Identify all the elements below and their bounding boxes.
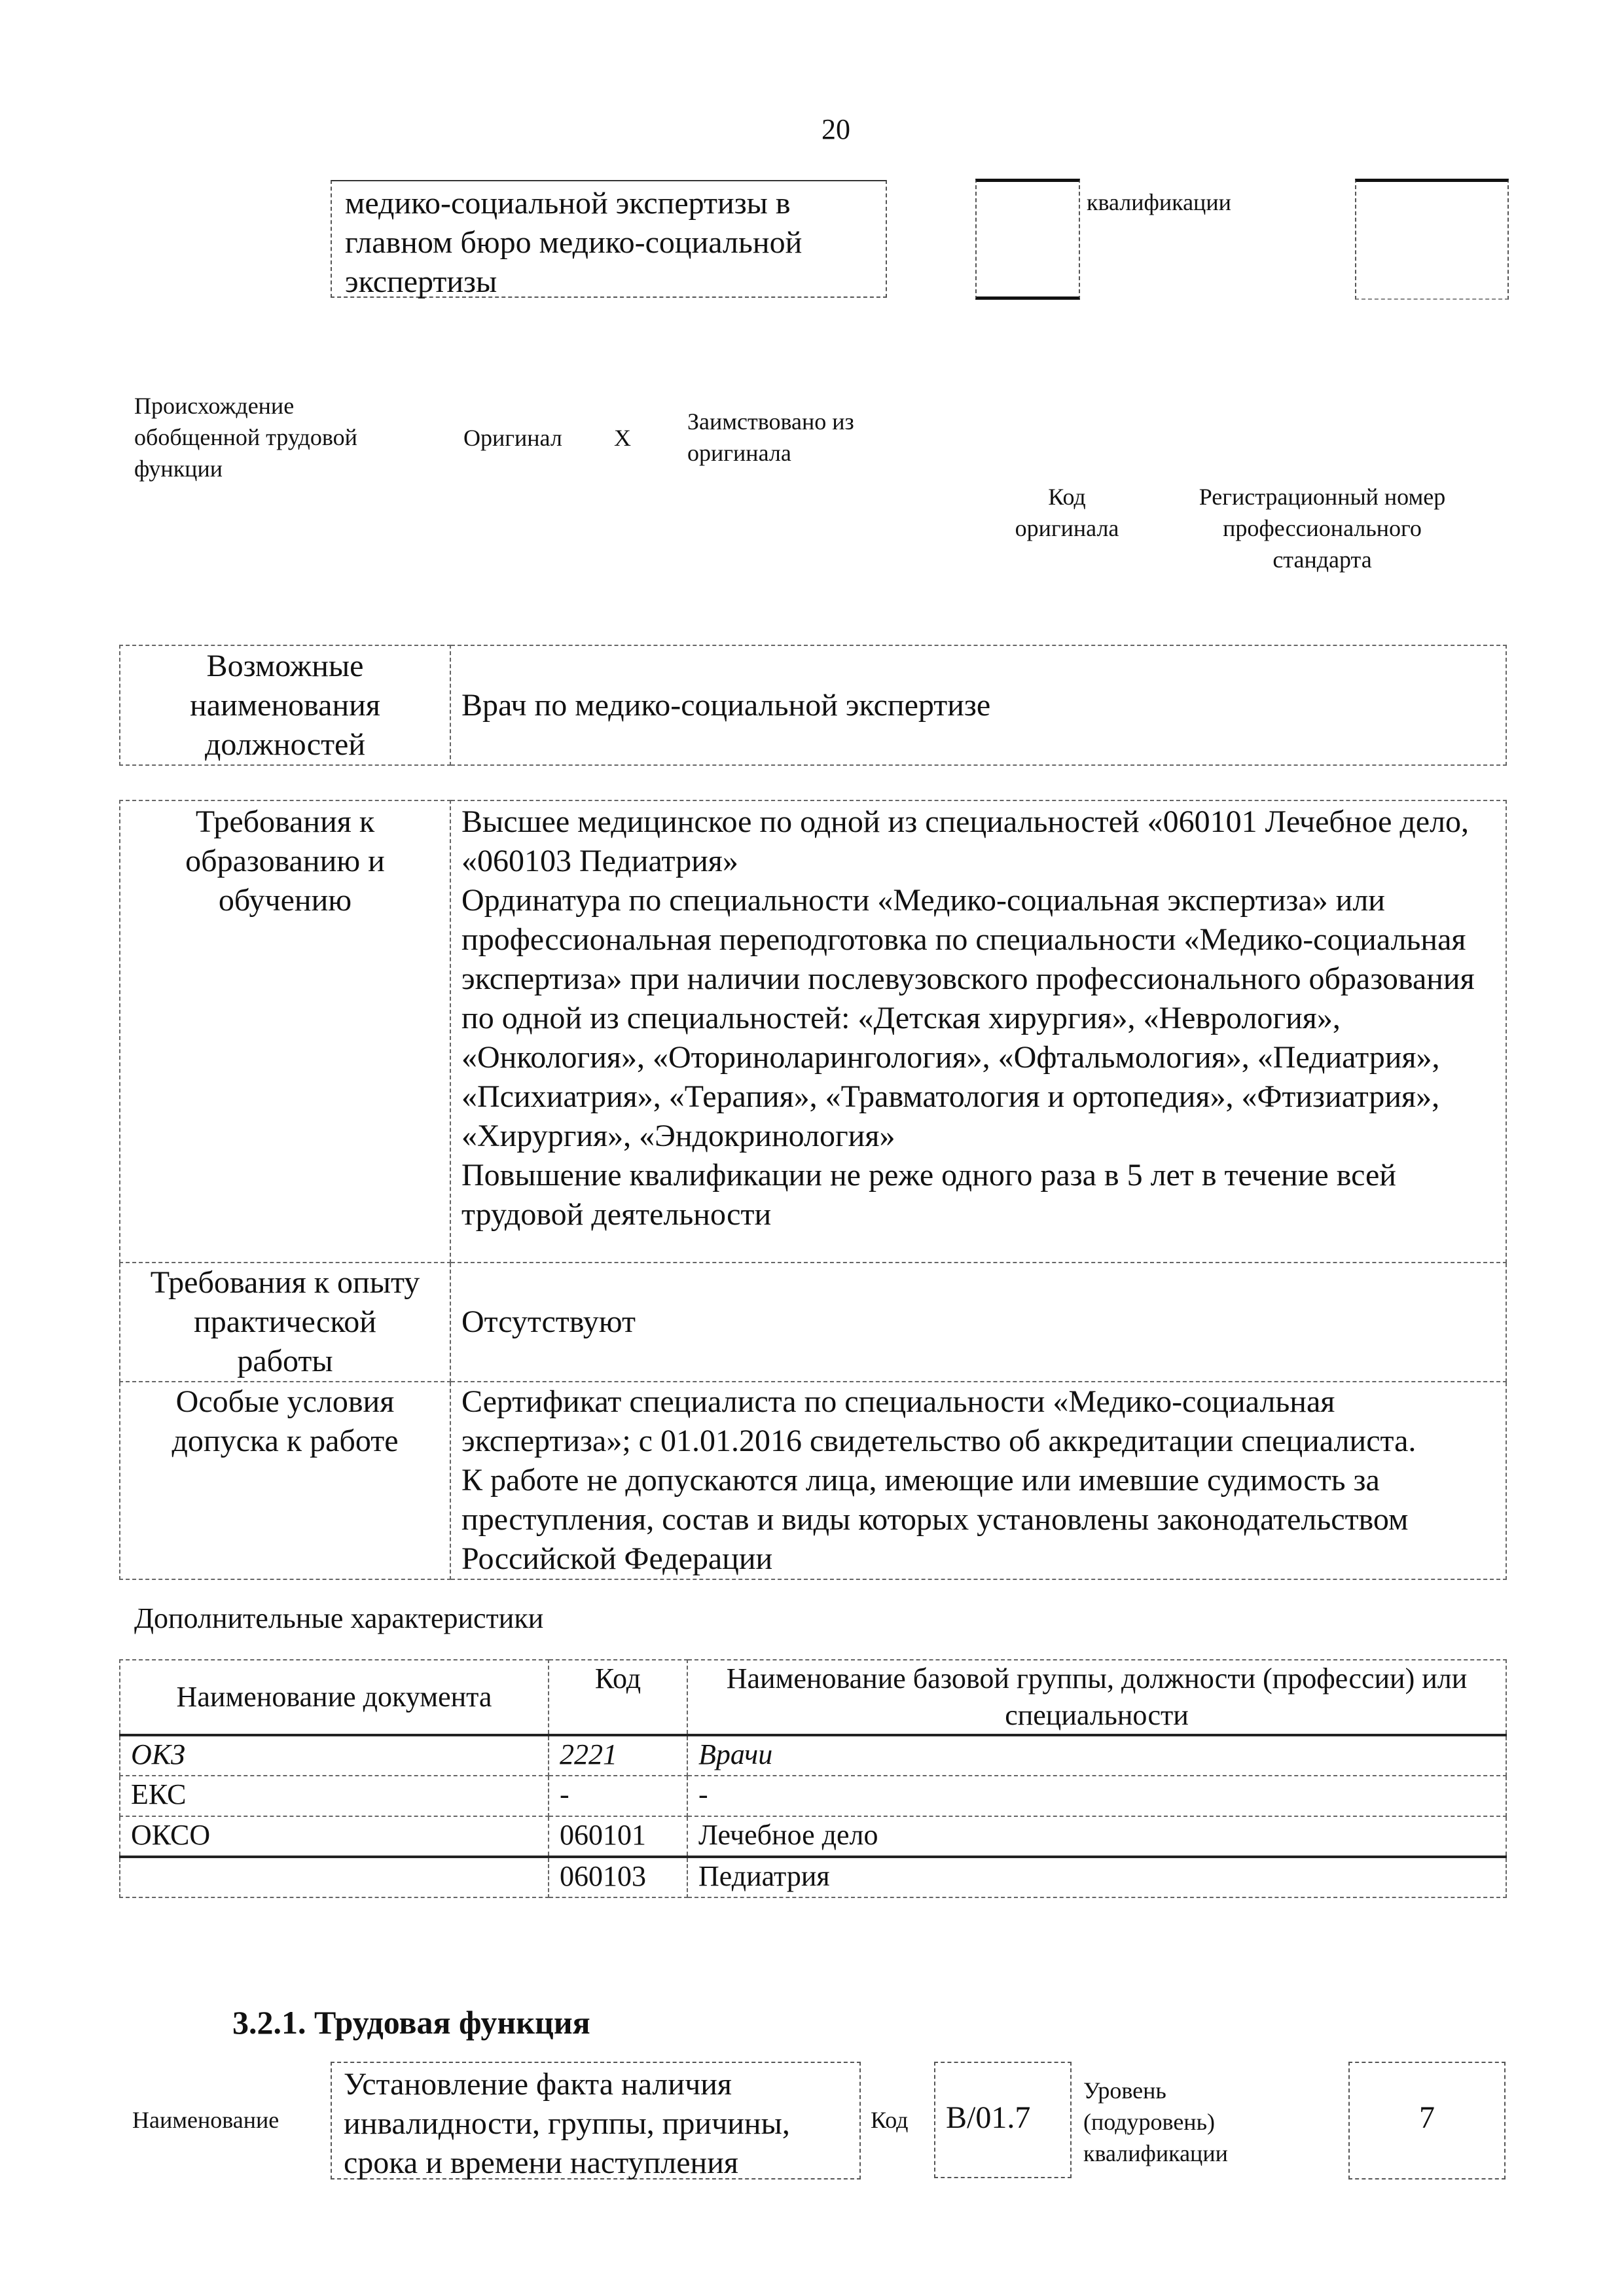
borrowed-label: Заимствовано из оригинала (687, 406, 854, 469)
requirement-value: Сертификат специалиста по специальности … (450, 1382, 1506, 1579)
requirement-value: Высшее медицинское по одной из специальн… (450, 800, 1506, 1263)
requirement-row-experience: Требования к опыту практической работы О… (120, 1263, 1506, 1382)
section-heading: 3.2.1. Трудовая функция (232, 2003, 590, 2042)
labor-function-name-line: инвалидности, группы, причины, (344, 2104, 790, 2144)
origin-label: Происхождение обобщенной трудовой функци… (134, 390, 357, 484)
requirement-paragraph: Повышение квалификации не реже одного ра… (461, 1156, 1495, 1234)
requirement-paragraph: К работе не допускаются лица, имеющие ил… (461, 1461, 1495, 1579)
qualification-level-label: Уровень (подуровень) квалификации (1083, 2075, 1228, 2169)
qualification-level-value: 7 (1350, 2098, 1504, 2138)
additional-title: Дополнительные характеристики (134, 1600, 543, 1637)
code-original-line: Код (982, 481, 1152, 512)
header-group-name: Наименование базовой группы, должности (… (687, 1660, 1506, 1735)
origin-label-line: функции (134, 453, 357, 484)
requirement-label-line: Требования к (131, 802, 439, 842)
positions-label: Возможные наименования должностей (120, 645, 450, 765)
table-row: ОКЗ 2221 Врачи (120, 1735, 1506, 1776)
positions-label-line: наименования (131, 686, 439, 725)
cell-document (120, 1857, 549, 1897)
requirement-label-line: работы (131, 1342, 439, 1381)
positions-value: Врач по медико-социальной экспертизе (450, 645, 1506, 765)
labor-function-code-box: B/01.7 (934, 2062, 1072, 2178)
requirement-label-line: образованию и (131, 842, 439, 881)
table-row: ЕКС - - (120, 1776, 1506, 1816)
page-number: 20 (821, 111, 850, 148)
requirements-table: Требования к образованию и обучению Высш… (119, 800, 1507, 1580)
level-label-line: квалификации (1083, 2138, 1228, 2169)
code-box (975, 179, 1080, 300)
additional-header-row: Наименование документа Код Наименование … (120, 1660, 1506, 1735)
qualification-level-box: 7 (1348, 2062, 1506, 2179)
requirement-row-special-conditions: Особые условия допуска к работе Сертифик… (120, 1382, 1506, 1579)
requirement-value: Отсутствуют (450, 1263, 1506, 1382)
labor-function-code: B/01.7 (946, 2098, 1030, 2138)
origin-label-line: Происхождение (134, 390, 357, 422)
requirement-paragraph: Сертификат специалиста по специальности … (461, 1382, 1495, 1461)
code-original-label: Код оригинала (982, 481, 1152, 544)
header-code: Код (549, 1660, 687, 1735)
cell-name: Лечебное дело (687, 1816, 1506, 1857)
code-original-line: оригинала (982, 512, 1152, 544)
requirement-label-line: обучению (131, 881, 439, 920)
name-line: медико-социальной экспертизы в (345, 184, 802, 223)
original-label: Оригинал (463, 422, 562, 454)
reg-number-line: профессионального (1172, 512, 1473, 544)
requirement-label-line: допуска к работе (131, 1422, 439, 1461)
reg-number-line: Регистрационный номер (1172, 481, 1473, 512)
cell-code: - (549, 1776, 687, 1816)
borrowed-label-line: Заимствовано из (687, 406, 854, 437)
cell-document: ОКСО (120, 1816, 549, 1857)
name-line: экспертизы (345, 262, 802, 302)
original-mark: X (614, 422, 631, 454)
cell-name: Педиатрия (687, 1857, 1506, 1897)
requirement-label: Особые условия допуска к работе (120, 1382, 450, 1579)
positions-table: Возможные наименования должностей Врач п… (119, 645, 1507, 766)
requirement-label: Требования к образованию и обучению (120, 800, 450, 1263)
reg-number-line: стандарта (1172, 544, 1473, 575)
cell-document: ЕКС (120, 1776, 549, 1816)
generalized-function-name-box: медико-социальной экспертизы в главном б… (331, 180, 887, 298)
borrowed-label-line: оригинала (687, 437, 854, 469)
cell-name: - (687, 1776, 1506, 1816)
table-row: ОКСО 060101 Лечебное дело (120, 1816, 1506, 1857)
qualification-level-label: квалификации (1087, 187, 1231, 218)
labor-function-name-box: Установление факта наличия инвалидности,… (331, 2062, 861, 2179)
labor-function-name-line: Установление факта наличия (344, 2065, 790, 2104)
origin-label-line: обобщенной трудовой (134, 422, 357, 453)
cell-code: 060101 (549, 1816, 687, 1857)
cell-document: ОКЗ (120, 1735, 549, 1776)
requirement-paragraph: Ординатура по специальности «Медико-соци… (461, 881, 1495, 1156)
requirement-paragraph: Высшее медицинское по одной из специальн… (461, 802, 1495, 881)
requirement-label-line: Особые условия (131, 1382, 439, 1422)
labor-function-name-line: срока и времени наступления (344, 2144, 790, 2183)
cell-code: 2221 (549, 1735, 687, 1776)
positions-label-line: должностей (131, 725, 439, 764)
table-row: 060103 Педиатрия (120, 1857, 1506, 1897)
requirement-paragraph: Отсутствуют (461, 1302, 1495, 1342)
requirement-label: Требования к опыту практической работы (120, 1263, 450, 1382)
requirement-label-line: практической (131, 1302, 439, 1342)
name-label: Наименование (132, 2104, 279, 2136)
code-label: Код (871, 2104, 909, 2136)
positions-label-line: Возможные (131, 647, 439, 686)
reg-number-label: Регистрационный номер профессионального … (1172, 481, 1473, 575)
requirement-label-line: Требования к опыту (131, 1263, 439, 1302)
cell-code: 060103 (549, 1857, 687, 1897)
name-line: главном бюро медико-социальной (345, 223, 802, 262)
level-label-line: Уровень (1083, 2075, 1228, 2106)
cell-name: Врачи (687, 1735, 1506, 1776)
qualification-level-box (1355, 179, 1509, 300)
level-label-line: (подуровень) (1083, 2106, 1228, 2138)
header-document: Наименование документа (120, 1660, 549, 1735)
requirement-row-education: Требования к образованию и обучению Высш… (120, 800, 1506, 1263)
additional-table: Наименование документа Код Наименование … (119, 1659, 1507, 1898)
